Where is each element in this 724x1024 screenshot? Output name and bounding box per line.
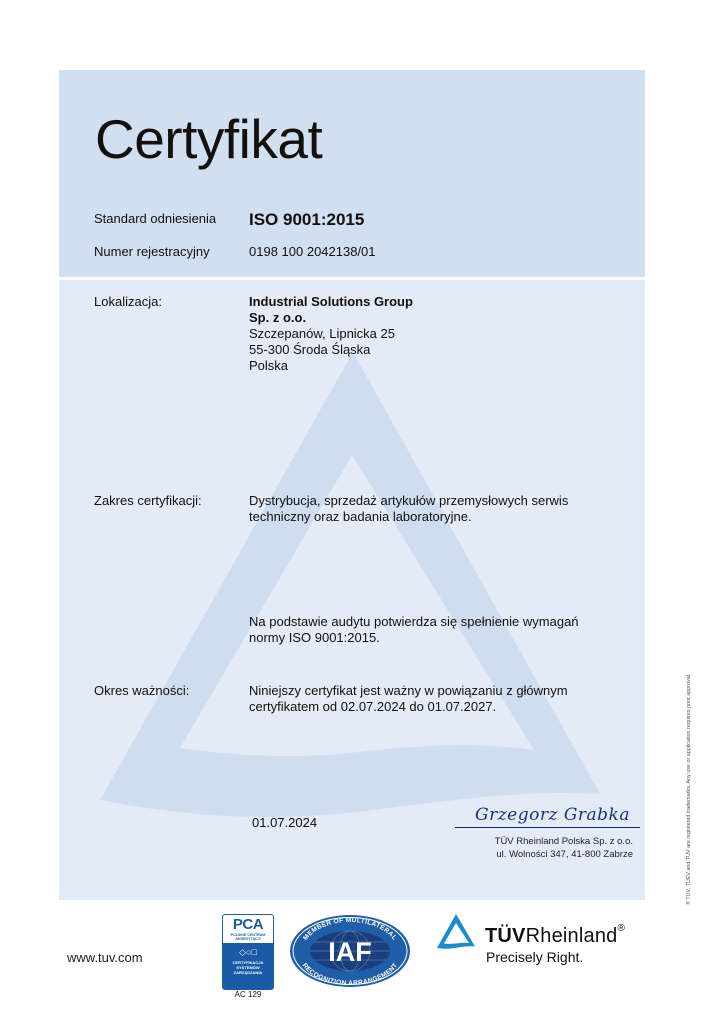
location-label: Lokalizacja: — [94, 294, 162, 309]
standard-value: ISO 9001:2015 — [249, 212, 364, 228]
audit-statement: Na podstawie audytu potwierdza się spełn… — [249, 614, 579, 646]
address-line: Szczepanów, Lipnicka 25 — [249, 326, 413, 342]
company-legal-form: Sp. z o.o. — [249, 310, 413, 326]
location-value: Industrial Solutions Group Sp. z o.o. Sz… — [249, 294, 413, 374]
scope-label: Zakres certyfikacji: — [94, 493, 202, 508]
accreditation-number: AC 129 — [222, 990, 274, 999]
iaf-mla-logo: IAF MEMBER OF MULTILATERAL RECOGNITION A… — [289, 914, 411, 988]
trademark-notice: ® TÜV, TUEV and TUV are registered trade… — [686, 674, 692, 906]
scope-line: Dystrybucja, sprzedaż artykułów przemysł… — [249, 493, 568, 509]
audit-line: normy ISO 9001:2015. — [249, 630, 579, 646]
svg-text:IAF: IAF — [328, 937, 372, 967]
company-name: Industrial Solutions Group — [249, 294, 413, 310]
validity-label: Okres ważności: — [94, 683, 189, 698]
address-line: 55-300 Środa Śląska — [249, 342, 413, 358]
pca-wordmark: PCA — [223, 915, 273, 933]
pca-text: ZARZĄDZANIA — [223, 970, 273, 975]
issuer-address: ul. Wolności 347, 41-800 Zabrze — [495, 848, 633, 861]
issuer-block: TÜV Rheinland Polska Sp. z o.o. ul. Woln… — [495, 835, 633, 861]
tuv-triangle-logo-icon — [436, 913, 476, 951]
issue-date: 01.07.2024 — [252, 815, 317, 830]
validity-line: Niniejszy certyfikat jest ważny w powiąz… — [249, 683, 568, 699]
standard-label: Standard odniesienia — [94, 211, 216, 226]
registration-label: Numer rejestracyjny — [94, 244, 210, 259]
pca-subtitle: AKREDYTACJI — [223, 937, 273, 941]
signature-line — [455, 827, 640, 828]
address-line: Polska — [249, 358, 413, 374]
scope-value: Dystrybucja, sprzedaż artykułów przemysł… — [249, 493, 568, 525]
validity-value: Niniejszy certyfikat jest ważny w powiąz… — [249, 683, 568, 715]
tuv-slogan: Precisely Right. — [486, 949, 583, 965]
pca-symbol-icon: ◇○□ — [223, 943, 273, 960]
scope-line: techniczny oraz badania laboratoryjne. — [249, 509, 568, 525]
certificate-title: Certyfikat — [95, 112, 322, 167]
registration-value: 0198 100 2042138/01 — [249, 244, 376, 260]
pca-accreditation-logo: PCA POLSKIE CENTRUM AKREDYTACJI ◇○□ CERT… — [222, 914, 274, 990]
website-link[interactable]: www.tuv.com — [67, 950, 143, 965]
issuer-name: TÜV Rheinland Polska Sp. z o.o. — [495, 835, 633, 848]
signature: Grzegorz Grabka — [475, 805, 630, 825]
tuv-rheinland-wordmark: TÜVRheinland® — [485, 925, 625, 948]
validity-line: certyfikatem od 02.07.2024 do 01.07.2027… — [249, 699, 568, 715]
audit-line: Na podstawie audytu potwierdza się spełn… — [249, 614, 579, 630]
